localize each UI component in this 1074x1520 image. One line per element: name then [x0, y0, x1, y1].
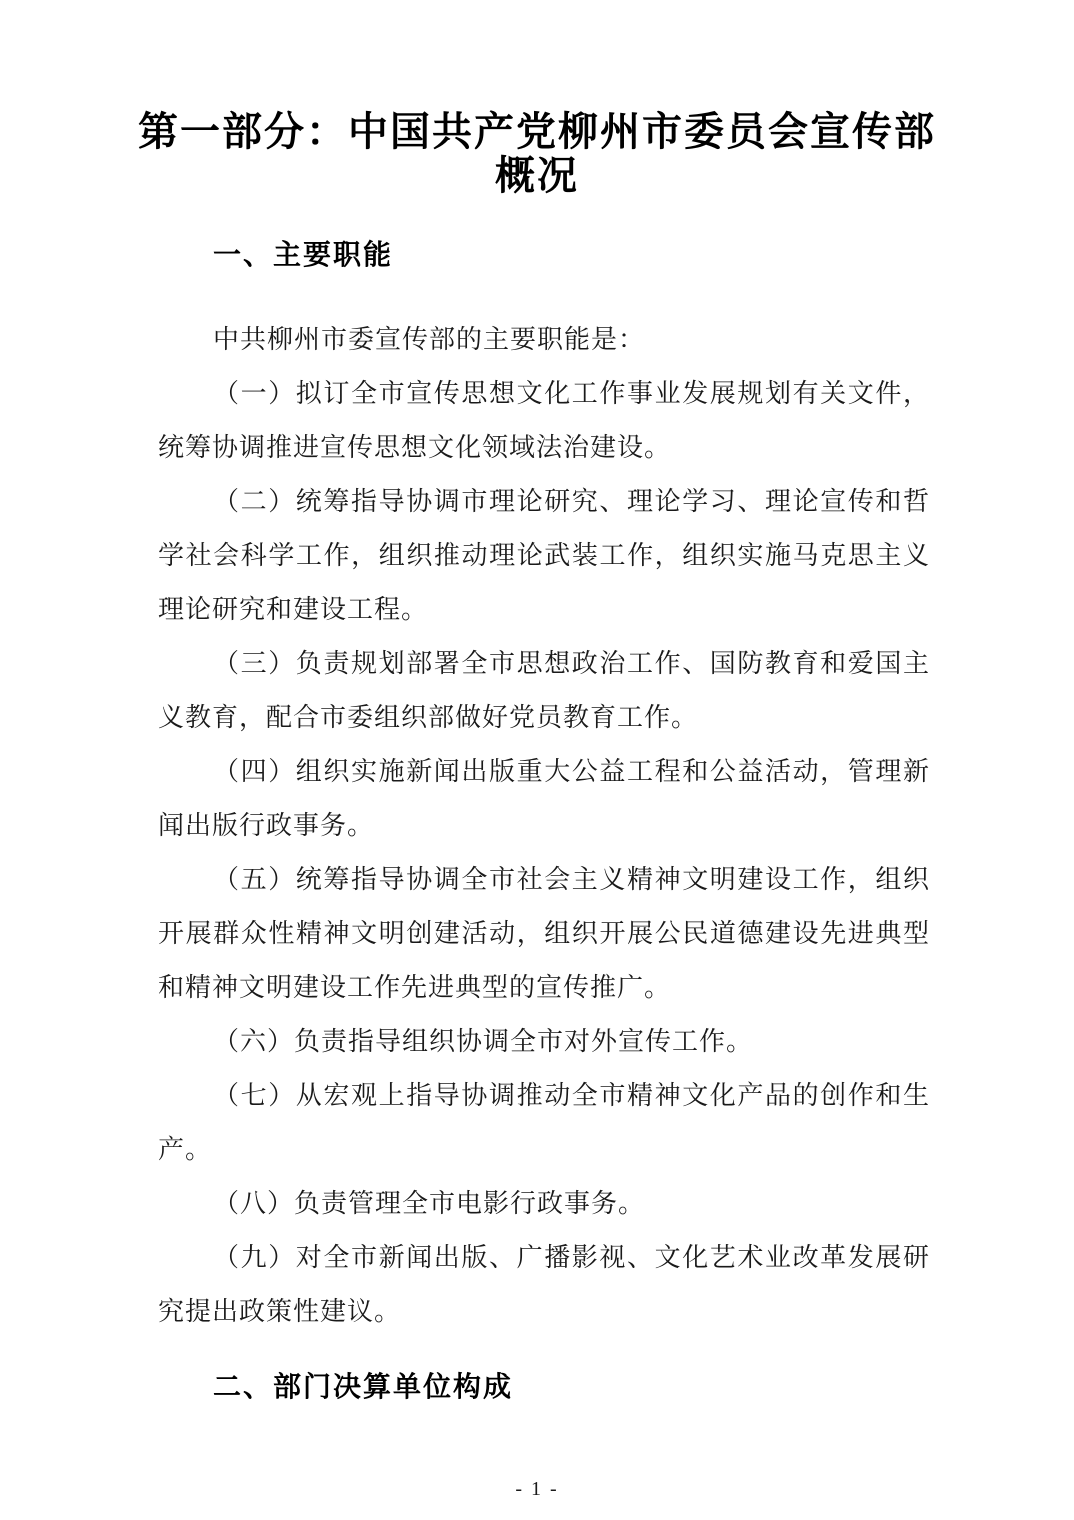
body-line: （一）拟订全市宣传思想文化工作事业发展规划有关文件， [158, 367, 930, 421]
body-line: 和精神文明建设工作先进典型的宣传推广。 [158, 961, 930, 1015]
body-line: （九）对全市新闻出版、广播影视、文化艺术业改革发展研 [158, 1231, 930, 1285]
body-line: 义教育，配合市委组织部做好党员教育工作。 [158, 691, 930, 745]
body-line: （八）负责管理全市电影行政事务。 [158, 1177, 930, 1231]
body-line: 理论研究和建设工程。 [158, 583, 930, 637]
body-line: 产。 [158, 1123, 930, 1177]
body-line: （二）统筹指导协调市理论研究、理论学习、理论宣传和哲 [158, 475, 930, 529]
body-line: 闻出版行政事务。 [158, 799, 930, 853]
body-line: （四）组织实施新闻出版重大公益工程和公益活动，管理新 [158, 745, 930, 799]
section-heading-unit-composition: 二、部门决算单位构成 [213, 1369, 930, 1405]
body-paragraphs: 中共柳州市委宣传部的主要职能是： （一）拟订全市宣传思想文化工作事业发展规划有关… [158, 313, 930, 1339]
body-line: 开展群众性精神文明创建活动，组织开展公民道德建设先进典型 [158, 907, 930, 961]
document-title-line-1: 第一部分：中国共产党柳州市委员会宣传部 [60, 110, 1014, 154]
body-line: （七）从宏观上指导协调推动全市精神文化产品的创作和生 [158, 1069, 930, 1123]
document-title-line-2: 概况 [60, 154, 1014, 198]
body-line: 中共柳州市委宣传部的主要职能是： [158, 313, 930, 367]
body-line: （三）负责规划部署全市思想政治工作、国防教育和爱国主 [158, 637, 930, 691]
page-number: - 1 - [0, 1477, 1074, 1501]
document-page: 第一部分：中国共产党柳州市委员会宣传部 概况 一、主要职能 中共柳州市委宣传部的… [0, 0, 1074, 1520]
document-title: 第一部分：中国共产党柳州市委员会宣传部 概况 [60, 110, 1014, 198]
body-line: （五）统筹指导协调全市社会主义精神文明建设工作，组织 [158, 853, 930, 907]
body-line: 究提出政策性建议。 [158, 1285, 930, 1339]
section-heading-main-functions: 一、主要职能 [213, 237, 930, 273]
body-line: 统筹协调推进宣传思想文化领域法治建设。 [158, 421, 930, 475]
document-body: 一、主要职能 中共柳州市委宣传部的主要职能是： （一）拟订全市宣传思想文化工作事… [158, 237, 930, 1405]
body-line: 学社会科学工作，组织推动理论武装工作，组织实施马克思主义 [158, 529, 930, 583]
body-line: （六）负责指导组织协调全市对外宣传工作。 [158, 1015, 930, 1069]
